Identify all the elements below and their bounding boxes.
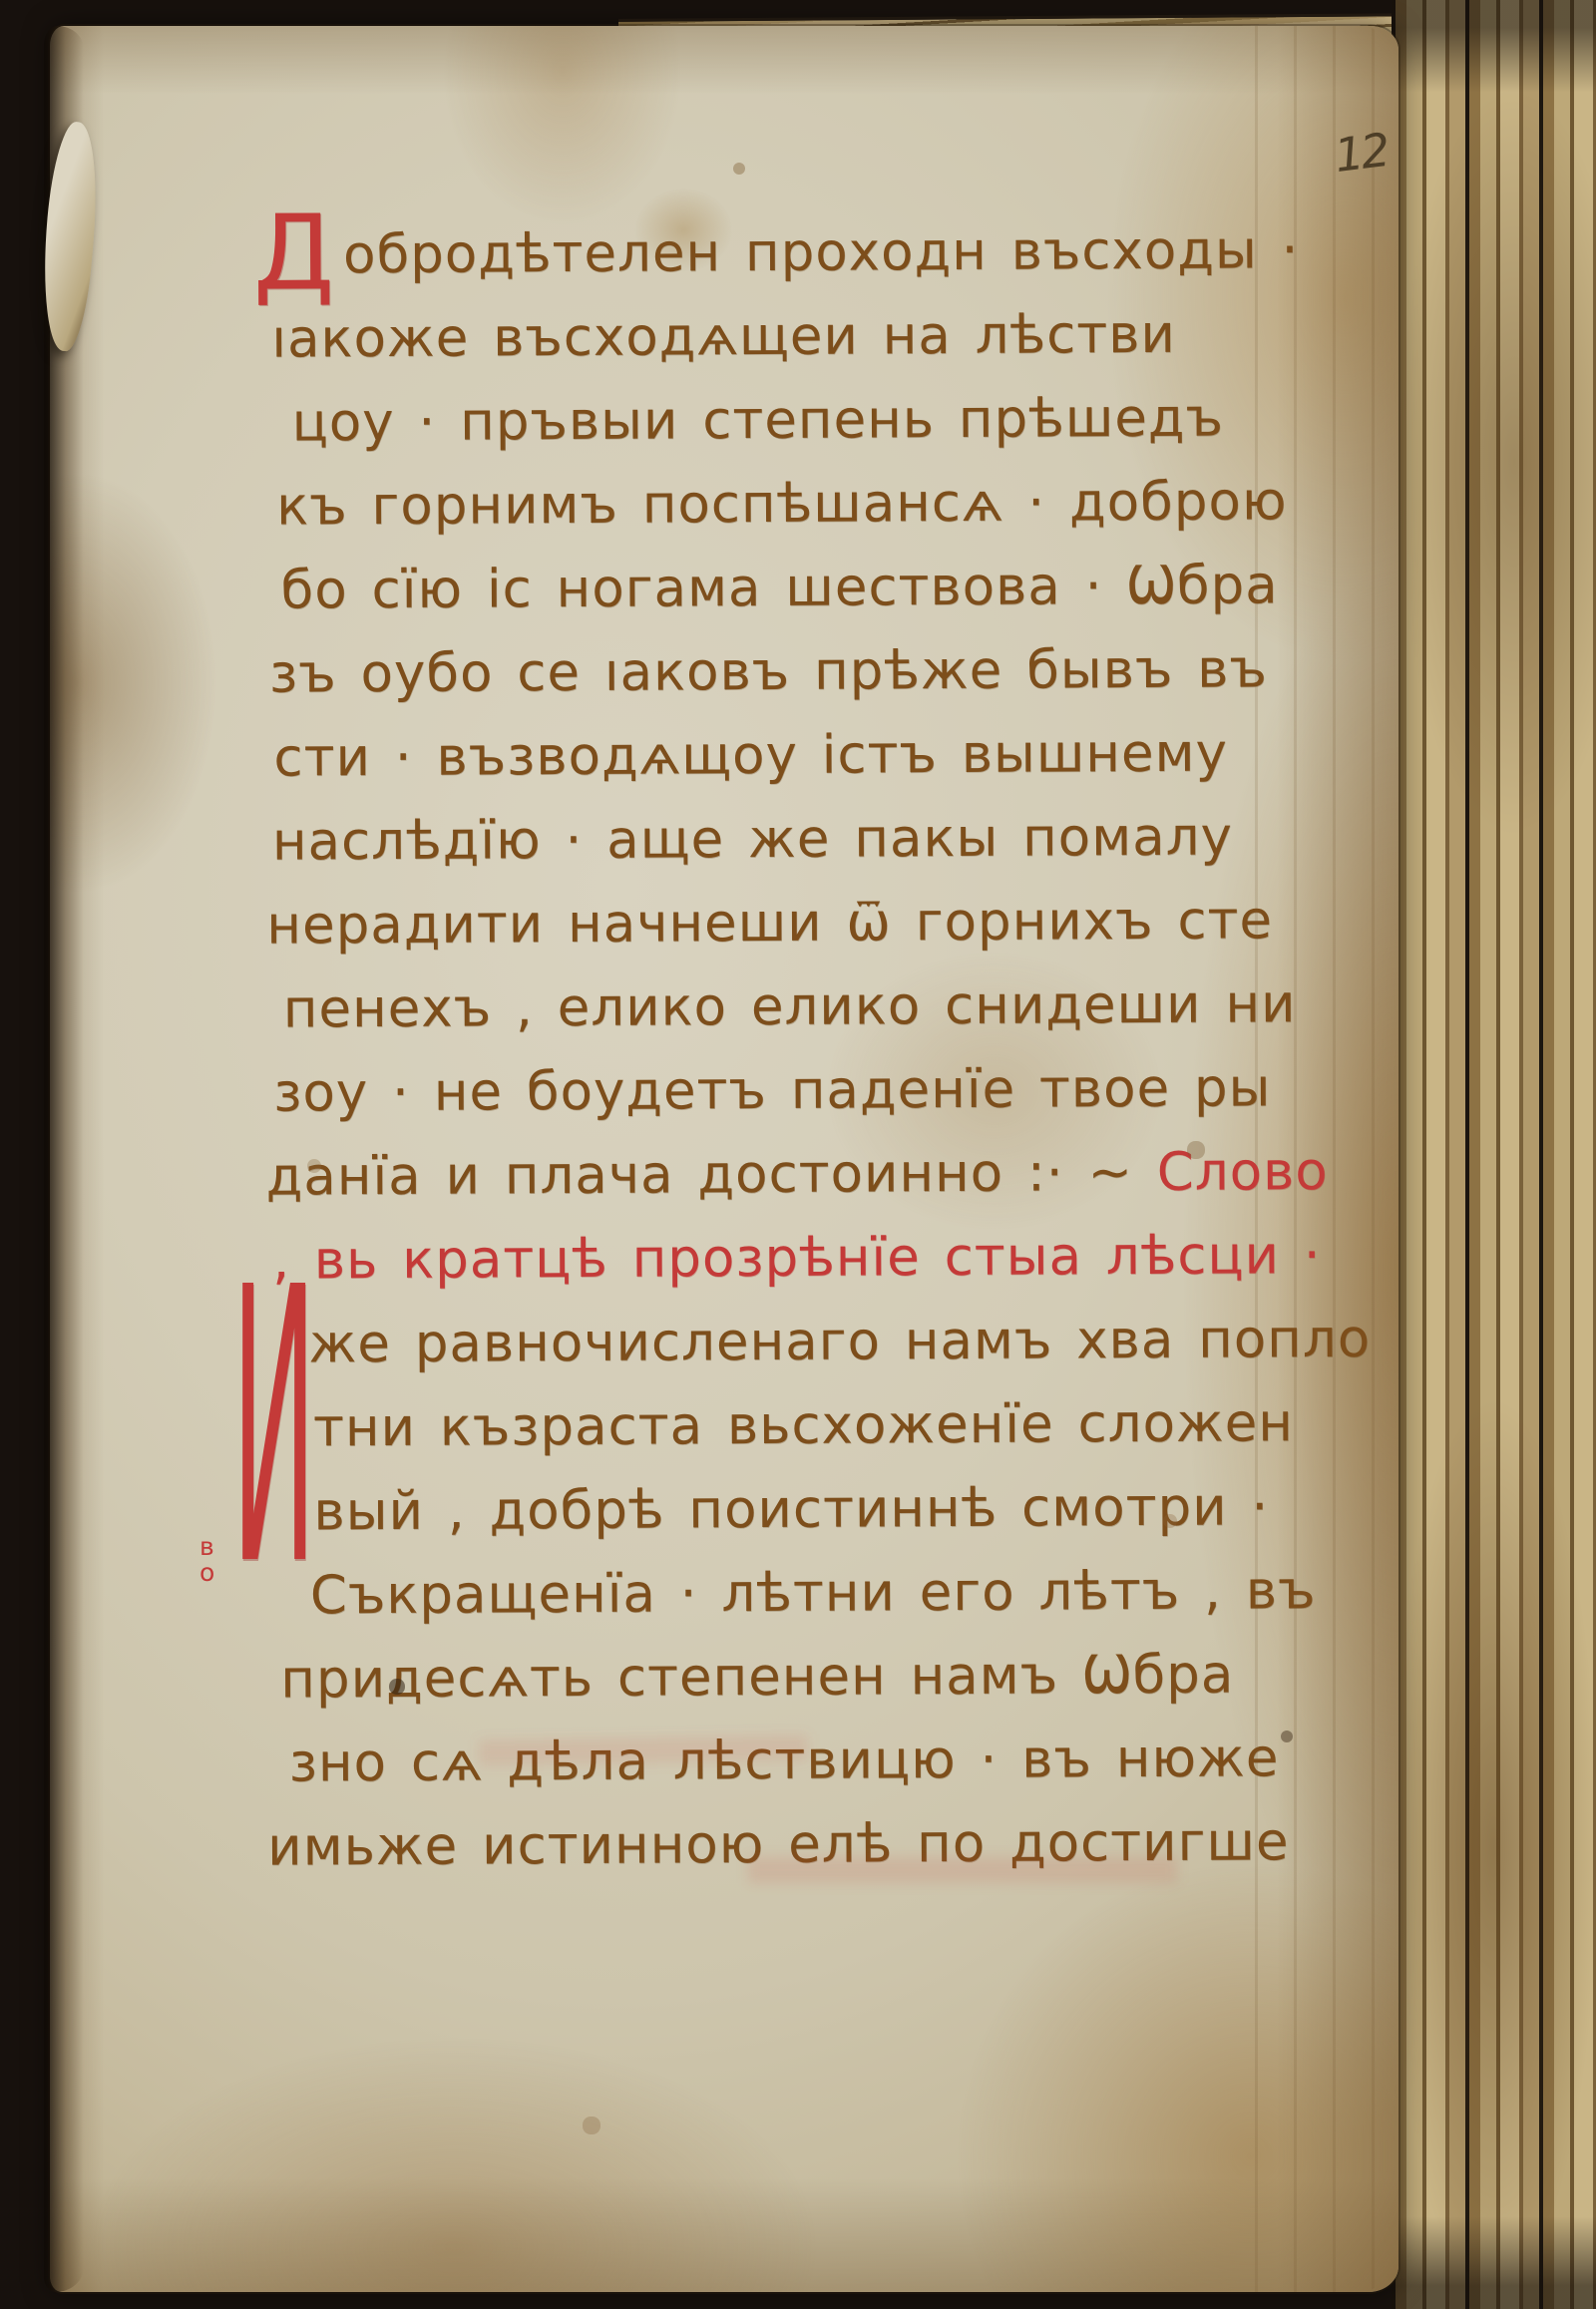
- manuscript-line: данїа и плача достоинно :· ~ Слово: [265, 1130, 1325, 1220]
- manuscript-line: Съкращенїа · лѣтни его лѣтъ , въ: [310, 1549, 1328, 1638]
- manuscript-line: зъ оубо се ıаковъ прѣже бывъ въ: [269, 627, 1323, 717]
- drop-cap-initial: И: [231, 1279, 316, 1578]
- manuscript-line: зно сѧ дѣла лѣствицю · въ нюже: [289, 1717, 1329, 1805]
- manuscript-line: тни къзраста вьсхоженїе сложен: [313, 1381, 1327, 1470]
- ink-text: цоу · пръвыи степень прѣшедъ: [292, 388, 1225, 454]
- rubric-text: Д: [252, 192, 335, 313]
- margin-note: во: [199, 1534, 221, 1586]
- ink-text: Съкращенїа · лѣтни его лѣтъ , въ: [310, 1560, 1317, 1626]
- manuscript-line: Добродѣтелен проходн въсходы ·: [253, 208, 1321, 298]
- photo-background: 12 Добродѣтелен проходн въсходы ·ıакоже …: [0, 0, 1596, 2309]
- ink-specks: [50, 26, 56, 32]
- ink-text: придесѧть степенен намъ Ѡбра: [280, 1645, 1234, 1711]
- spine-shadow: [44, 26, 84, 2292]
- manuscript-line: нерадити начнеши ѿ горнихъ сте: [266, 879, 1324, 968]
- ink-text: же равночисленаго намъ хва попло: [308, 1309, 1371, 1375]
- ink-text: вый , добрѣ поистиннѣ смотри ·: [313, 1476, 1269, 1542]
- ink-text: наслѣдїю · аще же пакы помалу: [272, 807, 1233, 873]
- ink-text: обродѣтелен проходн въсходы ·: [343, 219, 1300, 285]
- rubric-text: Слово: [1157, 1141, 1329, 1203]
- rubric-text: , вь кратцѣ прозрѣнїе стыа лѣсци ·: [272, 1225, 1322, 1292]
- folio-number: 12: [1332, 123, 1391, 183]
- manuscript-line: вый , добрѣ поистиннѣ смотри ·: [313, 1465, 1327, 1554]
- ink-text: зъ оубо се ıаковъ прѣже бывъ въ: [269, 638, 1268, 704]
- ink-text: къ горнимъ поспѣшансѧ · доброю: [276, 471, 1288, 537]
- manuscript-line: , вь кратцѣ прозрѣнїе стыа лѣсци ·: [272, 1214, 1326, 1304]
- text-block: Добродѣтелен проходн въсходы ·ıакоже въс…: [203, 208, 1330, 1890]
- manuscript-line: наслѣдїю · аще же пакы помалу: [272, 795, 1324, 885]
- manuscript-line: цоу · пръвыи степень прѣшедъ: [291, 376, 1321, 465]
- manuscript-line: ıакоже въсходѧщеи на лѣстви: [271, 292, 1321, 382]
- ink-text: тни къзраста вьсхоженїе сложен: [313, 1392, 1294, 1458]
- fore-edge-stain: [1392, 0, 1596, 2309]
- show-through-trace: [748, 1857, 1177, 1883]
- manuscript-line: зоу · не боудетъ паденїе твое ры: [273, 1046, 1325, 1136]
- ink-text: нерадити начнеши ѿ горнихъ сте: [266, 890, 1273, 956]
- manuscript-page: 12 Добродѣтелен проходн въсходы ·ıакоже …: [50, 26, 1398, 2292]
- manuscript-line: къ горнимъ поспѣшансѧ · доброю: [276, 460, 1322, 549]
- manuscript-line: бо сїю іс ногама шествова · Ѡбра: [280, 544, 1322, 632]
- ink-text: пенехъ , елико елико снидеши ни: [283, 973, 1297, 1039]
- ink-text: сти · възводѧщоу істъ вышнему: [273, 723, 1228, 789]
- ink-text: ıакоже въсходѧщеи на лѣстви: [271, 304, 1176, 370]
- manuscript-line: пенехъ , елико елико снидеши ни: [283, 962, 1325, 1051]
- manuscript-line: сти · възводѧщоу істъ вышнему: [273, 711, 1323, 801]
- manuscript-line: придесѧть степенен намъ Ѡбра: [280, 1633, 1328, 1722]
- ink-text: бо сїю іс ногама шествова · Ѡбра: [280, 555, 1278, 620]
- manuscript-line: же равночисленаго намъ хва попло: [308, 1298, 1326, 1386]
- ink-text: данїа и плача достоинно :· ~: [266, 1142, 1157, 1208]
- ink-text: зоу · не боудетъ паденїе твое ры: [273, 1057, 1272, 1123]
